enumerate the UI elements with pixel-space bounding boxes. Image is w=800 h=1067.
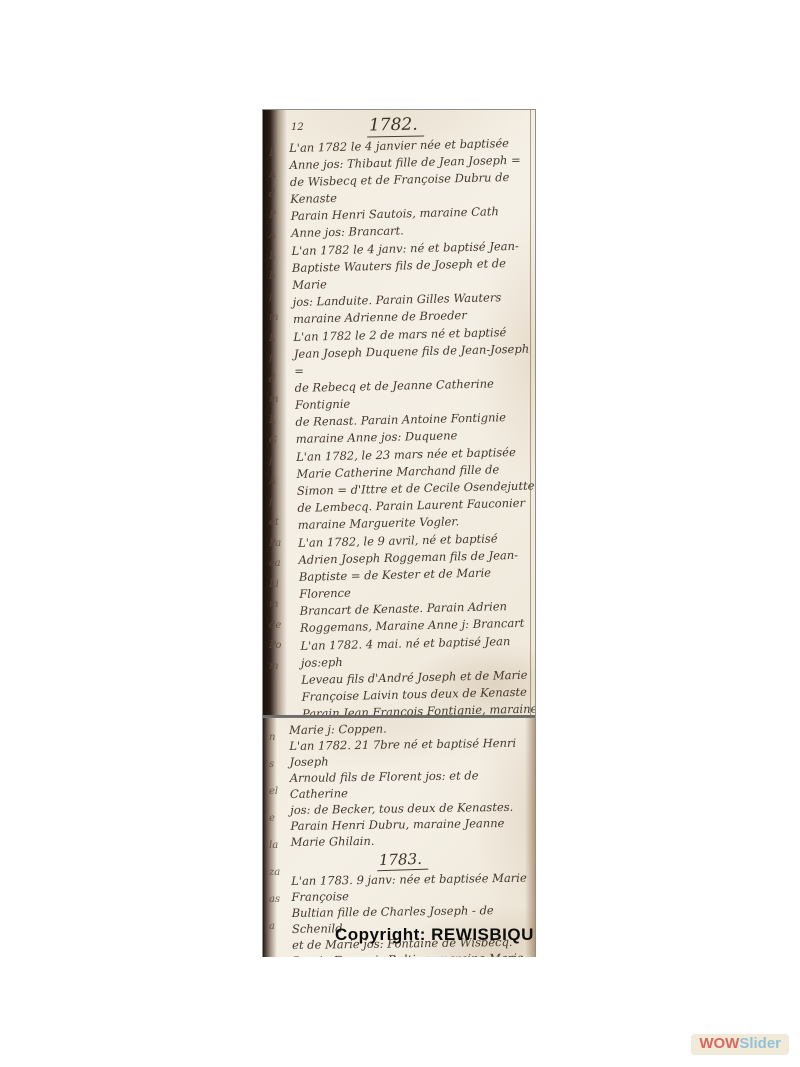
wowslider-slider-text: Slider [739, 1035, 781, 1052]
baptism-entry: L'an 1782. 4 mai. né et baptisé Jean jos… [300, 632, 535, 715]
wowslider-watermark-link[interactable]: WOWSlider [691, 1034, 789, 1055]
manuscript-scan: L A d P A L b j m L j d m L G j A j et P… [262, 109, 536, 957]
copyright-watermark-text: Copyright: REWISBIQUE [335, 925, 535, 945]
baptism-entry: L'an 1782 le 4 janv: né et baptisé Jean-… [291, 238, 531, 328]
baptism-entry: L'an 1782, le 23 mars née et baptisée Ma… [296, 444, 535, 534]
entries-column: Marie j: Coppen. L'an 1782. 21 7bre né e… [289, 719, 531, 957]
baptism-entry: L'an 1782 le 2 de mars né et baptisé Jea… [293, 324, 534, 448]
page: L A d P A L b j m L j d m L G j A j et P… [0, 0, 800, 1067]
baptism-entry: L'an 1782, le 9 avril, né et baptisé Adr… [298, 529, 535, 636]
cut-off-margin-text: n s el e la za as a [269, 724, 285, 940]
entries-column: L'an 1782 le 4 janvier née et baptisée A… [289, 135, 535, 715]
baptism-entry: L'an 1782 le 4 janvier née et baptisée A… [289, 135, 529, 242]
register-scan-top-piece: L A d P A L b j m L j d m L G j A j et P… [263, 110, 535, 715]
baptism-entry: L'an 1782. 21 7bre né et baptisé Henri J… [289, 735, 529, 850]
year-heading-1782: 1782. [367, 115, 424, 138]
page-number: 12 [291, 122, 304, 133]
year-heading-1783: 1783. [377, 850, 429, 872]
cut-off-margin-text: L A d P A L b j m L j d m L G j A j et P… [269, 144, 285, 677]
register-scan-bottom-piece: n s el e la za as a Marie j: Coppen. L'a… [263, 717, 535, 957]
wowslider-wow-text: WOW [699, 1035, 739, 1052]
